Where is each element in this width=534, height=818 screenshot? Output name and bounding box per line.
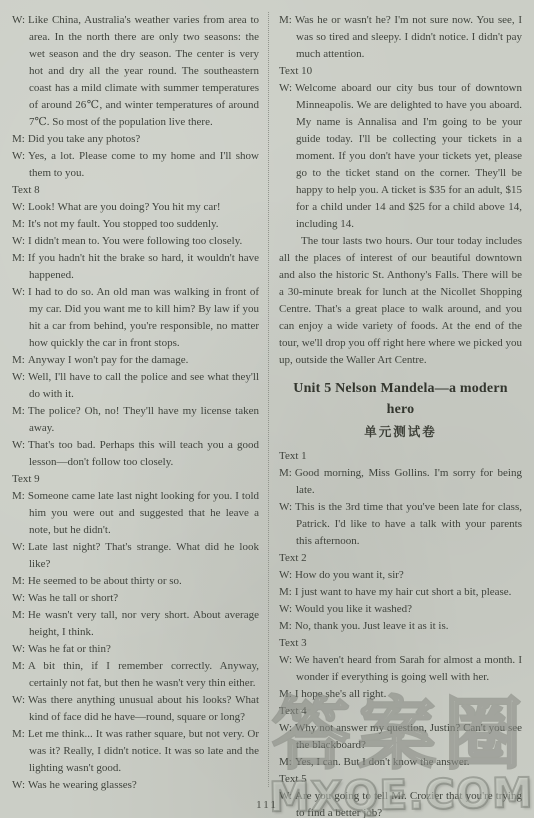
- speaker-label: W:: [279, 603, 292, 615]
- dialogue-line: W:Well, I'll have to call the police and…: [12, 369, 259, 403]
- speaker-label: W:: [12, 150, 25, 162]
- dialogue-line: W:Was he tall or short?: [12, 590, 259, 607]
- speaker-label: M:: [12, 252, 25, 264]
- speaker-label: W:: [12, 14, 25, 26]
- dialogue-text: Would you like it washed?: [295, 603, 412, 615]
- dialogue-line: W:I didn't mean to. You were following t…: [12, 233, 259, 250]
- dialogue-text: Was he tall or short?: [28, 592, 118, 604]
- dialogue-line: M:Did you take any photos?: [12, 131, 259, 148]
- dialogue-text: No, thank you. Just leave it as it is.: [295, 620, 449, 632]
- dialogue-text: He wasn't very tall, nor very short. Abo…: [28, 609, 259, 638]
- two-column-layout: W:Like China, Australia's weather varies…: [12, 12, 524, 818]
- dialogue-text: If you hadn't hit the brake so hard, it …: [28, 252, 259, 281]
- dialogue-text: That's too bad. Perhaps this will teach …: [28, 439, 259, 468]
- dialogue-line: M:Was he or wasn't he? I'm not sure now.…: [279, 12, 522, 63]
- dialogue-line: M:I hope she's all right.: [279, 686, 522, 703]
- dialogue-line: M:He wasn't very tall, nor very short. A…: [12, 607, 259, 641]
- dialogue-text: I didn't mean to. You were following too…: [28, 235, 242, 247]
- dialogue-text: I had to do so. An old man was walking i…: [28, 286, 259, 349]
- dialogue-line: W:Like China, Australia's weather varies…: [12, 12, 259, 131]
- text-label: Text 3: [279, 635, 522, 652]
- dialogue-text: Was he or wasn't he? I'm not sure now. Y…: [295, 14, 522, 60]
- dialogue-text: Was he fat or thin?: [28, 643, 111, 655]
- book-page: W:Like China, Australia's weather varies…: [0, 0, 534, 818]
- speaker-label: W:: [279, 501, 292, 513]
- speaker-label: W:: [12, 779, 25, 791]
- dialogue-text: It's not my fault. You stopped too sudde…: [28, 218, 219, 230]
- dialogue-line: W:Look! What are you doing? You hit my c…: [12, 199, 259, 216]
- dialogue-line: M:A bit thin, if I remember correctly. A…: [12, 658, 259, 692]
- dialogue-line: M:No, thank you. Just leave it as it is.: [279, 618, 522, 635]
- left-column: W:Like China, Australia's weather varies…: [12, 12, 259, 794]
- speaker-label: M:: [12, 405, 25, 417]
- speaker-label: W:: [279, 654, 292, 666]
- text-label: Text 4: [279, 703, 522, 720]
- page-number: 111: [0, 799, 534, 811]
- dialogue-line: M:The police? Oh, no! They'll have my li…: [12, 403, 259, 437]
- dialogue-line: M:It's not my fault. You stopped too sud…: [12, 216, 259, 233]
- dialogue-text: Late last night? That's strange. What di…: [28, 541, 259, 570]
- speaker-label: M:: [12, 354, 25, 366]
- text-label: Text 9: [12, 471, 259, 488]
- speaker-label: M:: [279, 467, 292, 479]
- speaker-label: W:: [12, 439, 25, 451]
- dialogue-line: M:Good morning, Miss Gollins. I'm sorry …: [279, 465, 522, 499]
- unit-title: Unit 5 Nelson Mandela—a modern hero: [279, 378, 522, 420]
- dialogue-line: W:We haven't heard from Sarah for almost…: [279, 652, 522, 686]
- dialogue-text: Was he wearing glasses?: [28, 779, 137, 791]
- right-column: M:Was he or wasn't he? I'm not sure now.…: [279, 12, 522, 818]
- dialogue-line: M:I just want to have my hair cut short …: [279, 584, 522, 601]
- dialogue-text: I hope she's all right.: [295, 688, 387, 700]
- dialogue-line: W:That's too bad. Perhaps this will teac…: [12, 437, 259, 471]
- dialogue-text: Good morning, Miss Gollins. I'm sorry fo…: [295, 467, 522, 496]
- dialogue-text: He seemed to be about thirty or so.: [28, 575, 182, 587]
- speaker-label: M:: [12, 133, 25, 145]
- text-label: Text 8: [12, 182, 259, 199]
- speaker-label: W:: [12, 235, 25, 247]
- dialogue-text: We haven't heard from Sarah for almost a…: [295, 654, 522, 683]
- dialogue-text: Well, I'll have to call the police and s…: [28, 371, 259, 400]
- dialogue-line: W:Why not answer my question, Justin? Ca…: [279, 720, 522, 754]
- text-label: Text 1: [279, 448, 522, 465]
- speaker-label: W:: [12, 201, 25, 213]
- speaker-label: W:: [279, 82, 292, 94]
- speaker-label: M:: [12, 218, 25, 230]
- dialogue-text: Look! What are you doing? You hit my car…: [28, 201, 221, 213]
- speaker-label: M:: [279, 620, 292, 632]
- speaker-label: M:: [12, 490, 25, 502]
- speaker-label: W:: [12, 694, 25, 706]
- speaker-label: M:: [279, 756, 292, 768]
- dialogue-line: W:Welcome aboard our city bus tour of do…: [279, 80, 522, 233]
- dialogue-text: How do you want it, sir?: [295, 569, 404, 581]
- text-label: Text 2: [279, 550, 522, 567]
- dialogue-line: W:Yes, a lot. Please come to my home and…: [12, 148, 259, 182]
- dialogue-text: This is the 3rd time that you've been la…: [295, 501, 522, 547]
- dialogue-line: W:Late last night? That's strange. What …: [12, 539, 259, 573]
- speaker-label: M:: [279, 586, 292, 598]
- speaker-label: W:: [279, 722, 292, 734]
- speaker-label: W:: [279, 569, 292, 581]
- dialogue-line: W:Was there anything unusual about his l…: [12, 692, 259, 726]
- text-label: Text 10: [279, 63, 522, 80]
- dialogue-text: Yes, a lot. Please come to my home and I…: [28, 150, 259, 179]
- speaker-label: M:: [279, 14, 292, 26]
- dialogue-text: Someone came late last night looking for…: [28, 490, 259, 536]
- dialogue-text: Let me think... It was rather square, bu…: [28, 728, 259, 774]
- dialogue-text: The police? Oh, no! They'll have my lice…: [28, 405, 259, 434]
- speaker-label: M:: [12, 660, 25, 672]
- dialogue-text: I just want to have my hair cut short a …: [295, 586, 512, 598]
- dialogue-line: W:I had to do so. An old man was walking…: [12, 284, 259, 352]
- dialogue-line: W:How do you want it, sir?: [279, 567, 522, 584]
- dialogue-text: Like China, Australia's weather varies f…: [28, 14, 259, 128]
- dialogue-line: M:If you hadn't hit the brake so hard, i…: [12, 250, 259, 284]
- dialogue-line: W:This is the 3rd time that you've been …: [279, 499, 522, 550]
- speaker-label: W:: [12, 541, 25, 553]
- speaker-label: M:: [279, 688, 292, 700]
- dialogue-text: Did you take any photos?: [28, 133, 140, 145]
- dialogue-line: W:Would you like it washed?: [279, 601, 522, 618]
- dialogue-text: A bit thin, if I remember correctly. Any…: [28, 660, 259, 689]
- paragraph: The tour lasts two hours. Our tour today…: [279, 233, 522, 369]
- speaker-label: W:: [12, 643, 25, 655]
- dialogue-line: W:Was he wearing glasses?: [12, 777, 259, 794]
- speaker-label: M:: [12, 728, 25, 740]
- column-divider: [268, 12, 269, 787]
- speaker-label: M:: [12, 609, 25, 621]
- speaker-label: M:: [12, 575, 25, 587]
- dialogue-line: M:Anyway I won't pay for the damage.: [12, 352, 259, 369]
- dialogue-line: M:Someone came late last night looking f…: [12, 488, 259, 539]
- sub-title: 单元测试卷: [279, 423, 522, 442]
- dialogue-line: W:Was he fat or thin?: [12, 641, 259, 658]
- dialogue-text: Was there anything unusual about his loo…: [28, 694, 259, 723]
- dialogue-line: M:Yes, I can. But I don't know the answe…: [279, 754, 522, 771]
- text-label: Text 5: [279, 771, 522, 788]
- speaker-label: W:: [12, 592, 25, 604]
- dialogue-text: Why not answer my question, Justin? Can'…: [295, 722, 522, 751]
- speaker-label: W:: [12, 371, 25, 383]
- dialogue-text: Welcome aboard our city bus tour of down…: [295, 82, 522, 230]
- dialogue-text: Anyway I won't pay for the damage.: [28, 354, 189, 366]
- dialogue-line: M:He seemed to be about thirty or so.: [12, 573, 259, 590]
- dialogue-line: M:Let me think... It was rather square, …: [12, 726, 259, 777]
- dialogue-text: Yes, I can. But I don't know the answer.: [295, 756, 470, 768]
- speaker-label: W:: [12, 286, 25, 298]
